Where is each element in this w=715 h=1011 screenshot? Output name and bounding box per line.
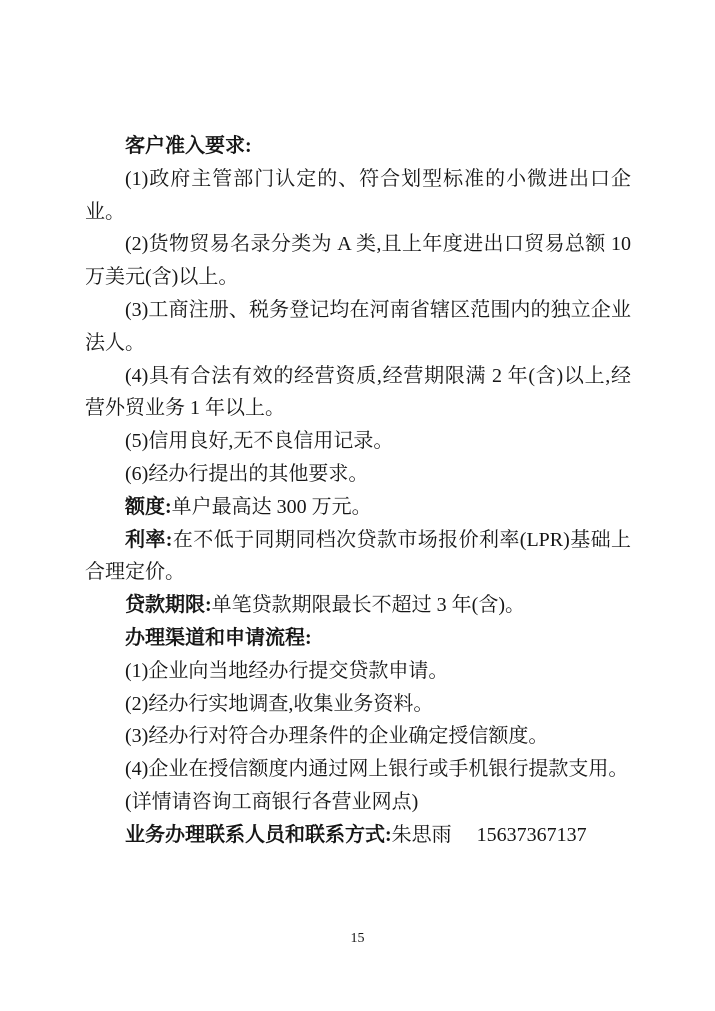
paragraph-text: (2)货物贸易名录分类为 A 类,且上年度进出口贸易总额 10 万美元(含)以上… <box>85 233 631 288</box>
para-requirement-1: (1)政府主管部门认定的、符合划型标准的小微进出口企业。 <box>85 163 631 229</box>
paragraph-text: (2)经办行实地调查,收集业务资料。 <box>125 693 433 715</box>
para-requirement-3: (3)工商注册、税务登记均在河南省辖区范围内的独立企业法人。 <box>85 294 631 360</box>
para-process-step-3: (3)经办行对符合办理条件的企业确定授信额度。 <box>85 720 631 753</box>
para-requirement-6: (6)经办行提出的其他要求。 <box>85 458 631 491</box>
paragraph-text: (1)企业向当地经办行提交贷款申请。 <box>125 660 448 682</box>
para-quota: 额度:单户最高达 300 万元。 <box>85 491 631 524</box>
paragraph-label: 办理渠道和申请流程: <box>125 627 312 649</box>
document-body: 客户准入要求: (1)政府主管部门认定的、符合划型标准的小微进出口企业。 (2)… <box>85 130 631 852</box>
para-note-consult: (详情请咨询工商银行各营业网点) <box>85 786 631 819</box>
paragraph-label: 利率: <box>125 529 172 551</box>
paragraph-text: (详情请咨询工商银行各营业网点) <box>125 791 418 813</box>
paragraph-label: 额度: <box>125 496 172 518</box>
para-process-step-4: (4)企业在授信额度内通过网上银行或手机银行提款支用。 <box>85 753 631 786</box>
para-requirement-4: (4)具有合法有效的经营资质,经营期限满 2 年(含)以上,经营外贸业务 1 年… <box>85 360 631 426</box>
page-number: 15 <box>0 931 715 947</box>
paragraph-label: 客户准入要求: <box>125 135 252 157</box>
paragraph-text: 朱思雨 15637367137 <box>392 824 587 846</box>
paragraph-text: (5)信用良好,无不良信用记录。 <box>125 430 393 452</box>
paragraph-label: 贷款期限: <box>125 594 212 616</box>
paragraph-text: (1)政府主管部门认定的、符合划型标准的小微进出口企业。 <box>85 168 631 223</box>
para-process-step-2: (2)经办行实地调查,收集业务资料。 <box>85 688 631 721</box>
paragraph-text: (3)经办行对符合办理条件的企业确定授信额度。 <box>125 725 548 747</box>
document-page: 客户准入要求: (1)政府主管部门认定的、符合划型标准的小微进出口企业。 (2)… <box>0 0 715 1011</box>
para-contact-info: 业务办理联系人员和联系方式:朱思雨 15637367137 <box>85 819 631 852</box>
heading-application-process: 办理渠道和申请流程: <box>85 622 631 655</box>
paragraph-label: 业务办理联系人员和联系方式: <box>125 824 392 846</box>
heading-customer-access-requirements: 客户准入要求: <box>85 130 631 163</box>
para-loan-term: 贷款期限:单笔贷款期限最长不超过 3 年(含)。 <box>85 589 631 622</box>
paragraph-text: 单笔贷款期限最长不超过 3 年(含)。 <box>212 594 525 616</box>
paragraph-text: (4)具有合法有效的经营资质,经营期限满 2 年(含)以上,经营外贸业务 1 年… <box>85 365 631 420</box>
paragraph-text: (6)经办行提出的其他要求。 <box>125 463 368 485</box>
paragraph-text: (3)工商注册、税务登记均在河南省辖区范围内的独立企业法人。 <box>85 299 631 354</box>
para-requirement-2: (2)货物贸易名录分类为 A 类,且上年度进出口贸易总额 10 万美元(含)以上… <box>85 228 631 294</box>
paragraph-text: 单户最高达 300 万元。 <box>172 496 372 518</box>
para-requirement-5: (5)信用良好,无不良信用记录。 <box>85 425 631 458</box>
para-process-step-1: (1)企业向当地经办行提交贷款申请。 <box>85 655 631 688</box>
para-interest-rate: 利率:在不低于同期同档次贷款市场报价利率(LPR)基础上合理定价。 <box>85 524 631 590</box>
paragraph-text: (4)企业在授信额度内通过网上银行或手机银行提款支用。 <box>125 758 628 780</box>
